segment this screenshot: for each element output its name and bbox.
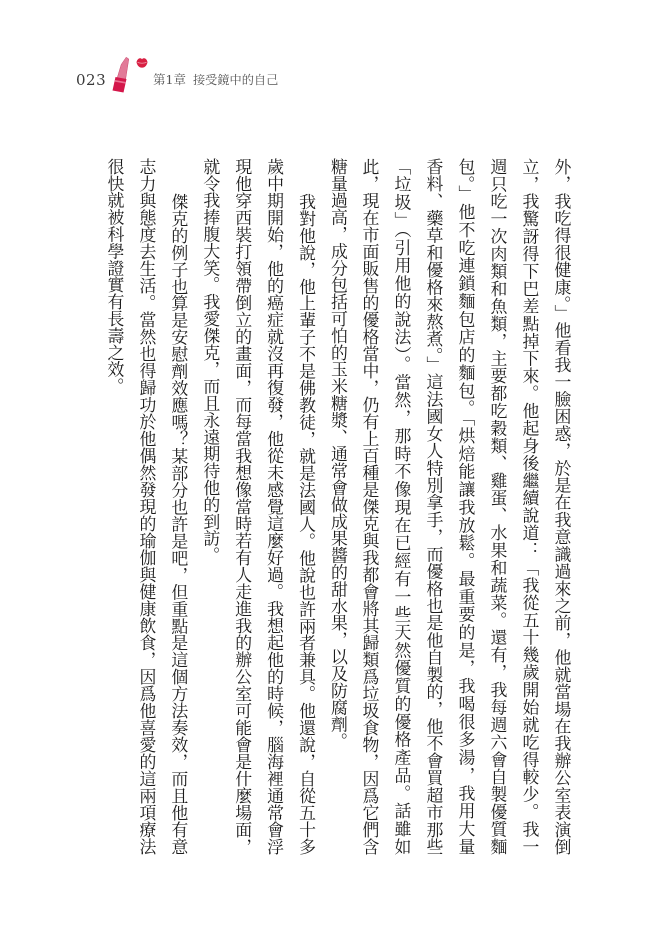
text-column-paragraph-end: 很快就被科學證實有長壽之效。 xyxy=(99,158,131,855)
lips-icon xyxy=(137,58,148,67)
lipstick-icon xyxy=(106,54,156,99)
text-column: 現他穿西裝打領帶倒立的畫面，而每當我想像當時若有人走進我的辦公室可能會是什麼場面… xyxy=(227,158,259,855)
text-column: 歲中期開始，他的癌症就沒再復發，他從未感覺這麼好過。我想起他的時候，腦海裡通常會… xyxy=(259,158,291,855)
text-column-paragraph-end: 就令我捧腹大笑。我愛傑克，而且永遠期待他的到訪。 xyxy=(195,158,227,855)
text-column: 立，我驚訝得下巴差點掉下來。他起身後繼續說道：「我從五十幾歲開始就吃得較少。我一 xyxy=(514,158,546,855)
text-column-paragraph-start: 我對他說，他上輩子不是佛教徒，就是法國人。他說也許兩者兼具。他還說，自從五十多 xyxy=(291,158,323,855)
text-column: 包。」他不吃連鎖麵包店的麵包。「烘焙能讓我放鬆。最重要的是，我喝很多湯，我用大量 xyxy=(450,158,482,855)
text-column: 「垃圾」（引用他的說法）。當然，那時不像現在已經有一些天然優質的優格產品。話雖如 xyxy=(386,158,418,855)
book-page: 023 第1章 接受鏡中的自己 外，我吃得很健康。」他看我一臉困惑，於是在我意識… xyxy=(0,0,663,932)
page-number: 023 xyxy=(76,71,106,89)
chapter-title: 接受鏡中的自己 xyxy=(193,72,278,88)
text-column: 香料、藥草和優格來熬煮。」這法國女人特別拿手，而優格也是他自製的，他不會買超市那… xyxy=(418,158,450,855)
text-column: 志力與態度去生活。當然也得歸功於他偶然發現的瑜伽與健康飲食，因爲他喜愛的這兩項療… xyxy=(131,158,163,855)
text-column-paragraph-end: 糖量過高，成分包括可怕的玉米糖漿、通常會做成果醬的甜水果，以及防腐劑。 xyxy=(323,158,355,855)
text-column-paragraph-start: 傑克的例子也算是安慰劑效應嗎？某部分也許是吧，但重點是這個方法奏效，而且他有意 xyxy=(163,158,195,855)
text-column: 週只吃一次肉類和魚類，主要都吃穀類、雞蛋、水果和蔬菜。還有，我每週六會自製優質麵 xyxy=(482,158,514,855)
chapter-label: 第1章 xyxy=(153,72,186,88)
text-column: 外，我吃得很健康。」他看我一臉困惑，於是在我意識過來之前，他就當場在我辦公室表演… xyxy=(546,158,578,855)
text-column: 此，現在市面販售的優格當中，仍有上百種是傑克與我都會將其歸類爲垃圾食物，因爲它們… xyxy=(354,158,386,855)
